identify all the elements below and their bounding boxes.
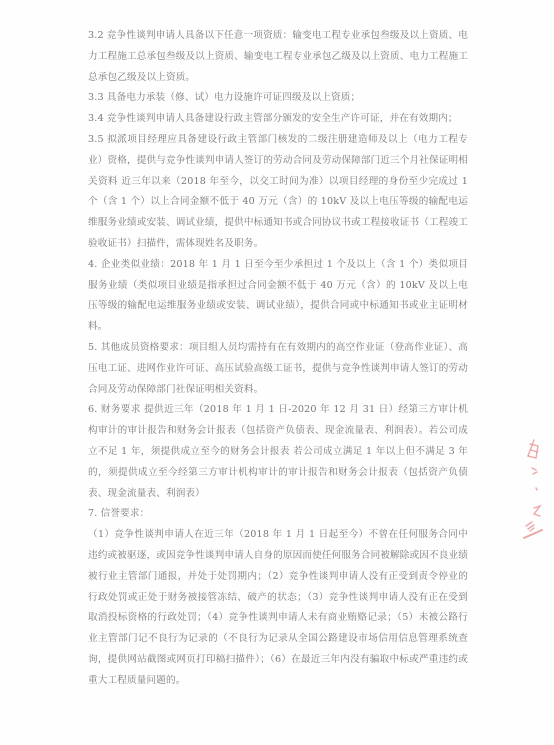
clause-7-credit-body: （1）竞争性谈判申请人在近三年（2018 年 1 月 1 日起至今）不曾在任何服… (88, 525, 468, 691)
red-seal-stamp-icon (520, 430, 554, 550)
clause-6-financial-requirements: 6. 财务要求 提供近三年（2018 年 1 月 1 日-2020 年 12 月… (88, 400, 468, 504)
clause-3-2: 3.2 竞争性谈判申请人具备以下任意一项资质：输变电工程专业承包叁级及以上资质、… (88, 26, 468, 88)
clause-5-member-qualifications: 5. 其他成员资格要求：项目组人员均需持有在有效期内的高空作业证（登高作业证）、… (88, 338, 468, 400)
clause-3-3: 3.3 具备电力承装（修、试）电力设施许可证四级及以上资质； (88, 88, 468, 109)
clause-4-enterprise-performance: 4. 企业类似业绩：2018 年 1 月 1 日至今至少承担过 1 个及以上（含… (88, 255, 468, 338)
clause-3-5: 3.5 拟派项目经理应具备建设行政主管部门核发的二级注册建造师及以上（电力工程专… (88, 130, 468, 255)
document-page: 3.2 竞争性谈判申请人具备以下任意一项资质：输变电工程专业承包叁级及以上资质、… (0, 0, 554, 745)
document-body: 3.2 竞争性谈判申请人具备以下任意一项资质：输变电工程专业承包叁级及以上资质、… (88, 26, 468, 692)
clause-7-credit-heading: 7. 信誉要求： (88, 504, 468, 525)
clause-3-4: 3.4 竞争性谈判申请人具备建设行政主管部分颁发的安全生产许可证，并在有效期内； (88, 109, 468, 130)
